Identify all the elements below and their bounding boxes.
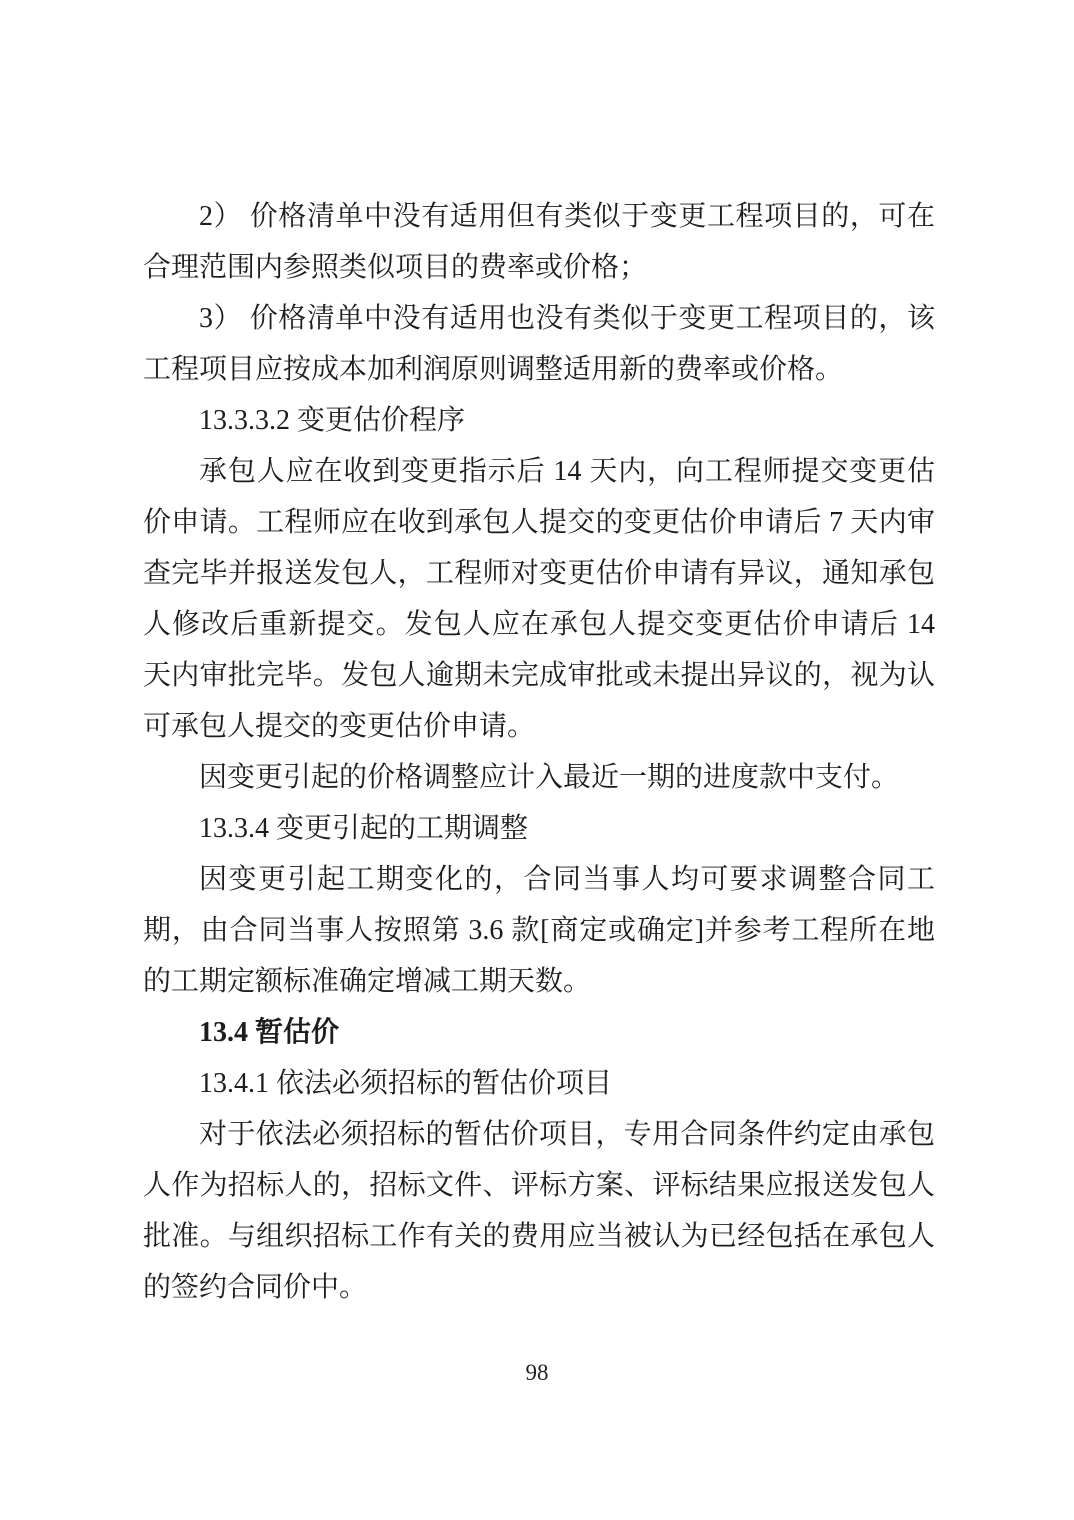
page-number: 98 [0, 1360, 1074, 1386]
text-line: 3） 价格清单中没有适用也没有类似于变更工程项目的，该 [143, 293, 935, 344]
text-line: 价申请。工程师应在收到承包人提交的变更估价申请后 7 天内审 [143, 497, 935, 548]
text-line: 批准。与组织招标工作有关的费用应当被认为已经包括在承包人 [143, 1211, 935, 1262]
text-line: 人作为招标人的，招标文件、评标方案、评标结果应报送发包人 [143, 1160, 935, 1211]
text-block: 2） 价格清单中没有适用但有类似于变更工程项目的，可在合理范围内参照类似项目的费… [143, 191, 935, 1313]
text-line: 因变更引起的价格调整应计入最近一期的进度款中支付。 [143, 752, 935, 803]
text-line: 2） 价格清单中没有适用但有类似于变更工程项目的，可在 [143, 191, 935, 242]
text-line: 天内审批完毕。发包人逾期未完成审批或未提出异议的，视为认 [143, 650, 935, 701]
text-line: 可承包人提交的变更估价申请。 [143, 701, 935, 752]
text-line: 查完毕并报送发包人，工程师对变更估价申请有异议，通知承包 [143, 548, 935, 599]
text-line: 对于依法必须招标的暂估价项目，专用合同条件约定由承包 [143, 1109, 935, 1160]
text-line: 人修改后重新提交。发包人应在承包人提交变更估价申请后 14 [143, 599, 935, 650]
text-line: 期，由合同当事人按照第 3.6 款[商定或确定]并参考工程所在地 [143, 905, 935, 956]
document-page: 2） 价格清单中没有适用但有类似于变更工程项目的，可在合理范围内参照类似项目的费… [0, 0, 1074, 1520]
text-line: 的签约合同价中。 [143, 1262, 935, 1313]
text-line: 13.3.3.2 变更估价程序 [143, 395, 935, 446]
text-line: 13.4.1 依法必须招标的暂估价项目 [143, 1058, 935, 1109]
text-line: 合理范围内参照类似项目的费率或价格； [143, 242, 935, 293]
text-line: 13.3.4 变更引起的工期调整 [143, 803, 935, 854]
text-line: 工程项目应按成本加利润原则调整适用新的费率或价格。 [143, 344, 935, 395]
text-line: 因变更引起工期变化的，合同当事人均可要求调整合同工 [143, 854, 935, 905]
section-heading-line: 13.4 暂估价 [143, 1007, 935, 1058]
text-line: 承包人应在收到变更指示后 14 天内，向工程师提交变更估 [143, 446, 935, 497]
text-line: 的工期定额标准确定增减工期天数。 [143, 956, 935, 1007]
